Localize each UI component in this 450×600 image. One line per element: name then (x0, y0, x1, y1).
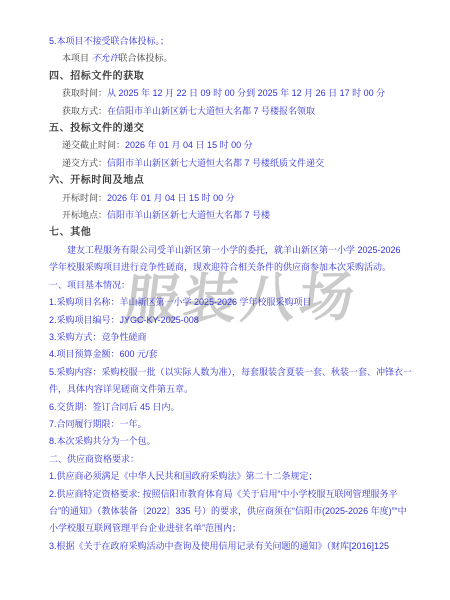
heading-section-6-bid-opening: 六、开标时间及地点 (49, 172, 412, 189)
text-segment: 从 2025 年 12 月 22 日 09 时 00 分到 2025 年 12 … (107, 88, 385, 98)
text-segment: 六、开标时间及地点 (49, 175, 144, 186)
text-segment: 5.本项目不接受联合体投标。； (49, 36, 169, 46)
document-page: 服装八场 5.本项目不接受联合体投标。；本项目 不允许联合体投标。四、招标文件的… (0, 0, 450, 600)
paragraph-project-intro: 建友工程服务有限公司受羊山新区第一小学的委托，就羊山新区第一小学 2025-20… (49, 242, 412, 277)
text-segment: 2026 年 01 月 04 日 15 时 00 分 (107, 193, 235, 203)
text-segment: 递交截止时间： (62, 140, 125, 150)
clause-consortium-not-allowed: 本项目 不允许联合体投标。 (49, 50, 412, 67)
text-segment: 2026 年 01 月 04 日 15 时 00 分 (125, 140, 253, 150)
text-segment: 2.供应商特定资格要求: 按照信阳市教育体育局《关于启用“中小学校服互联网管理服… (49, 489, 407, 534)
clause-no-consortium-note: 5.本项目不接受联合体投标。； (49, 33, 412, 50)
item-project-name: 1.采购项目名称：羊山新区第一小学 2025-2026 学年校服采购项目 (49, 294, 412, 311)
heading-section-5-bid-submission: 五、投标文件的递交 (49, 120, 412, 137)
line-opening-time: 开标时间：2026 年 01 月 04 日 15 时 00 分 (49, 190, 412, 207)
text-segment: 七、其他 (49, 227, 91, 238)
item-procurement-method: 3.采购方式：竞争性磋商 (49, 329, 412, 346)
item-delivery-period: 6.交货期：签订合同后 45 日内。 (49, 399, 412, 416)
text-segment: 7.合同履行期限：一年。 (49, 419, 147, 429)
item-qualification-1: 1.供应商必须满足《中华人民共和国政府采购法》第二十二条规定； (49, 468, 412, 485)
line-submission-method: 递交方式：信阳市羊山新区新七大道恒大名都 7 号楼纸质文件递交 (49, 155, 412, 172)
text-segment: 8.本次采购共分为一个包。 (49, 436, 156, 446)
text-segment: 5.采购内容：采购校服一批（以实际人数为准），每套服装含夏装一套、秋装一套、冲锋… (49, 367, 412, 394)
document-lines: 5.本项目不接受联合体投标。；本项目 不允许联合体投标。四、招标文件的获取获取时… (49, 33, 412, 555)
heading-supplier-qualification: 二、供应商资格要求： (49, 451, 412, 468)
text-segment: 2.采购项目编号：JYGC-KY-2025-008 (49, 315, 199, 325)
text-segment: 一、项目基本情况： (49, 280, 130, 290)
text-segment: 6.交货期：签订合同后 45 日内。 (49, 402, 180, 412)
item-qualification-2: 2.供应商特定资格要求: 按照信阳市教育体育局《关于启用“中小学校服互联网管理服… (49, 486, 412, 538)
text-segment: 二、供应商资格要求： (49, 454, 139, 464)
text-segment: 获取时间： (62, 88, 107, 98)
text-segment: 3.根据《关于在政府采购活动中查询及使用信用记录有关问题的通知》（财库[2016… (49, 541, 389, 551)
line-opening-place: 开标地点：信阳市羊山新区新七大道恒大名都 7 号楼 (49, 207, 412, 224)
line-obtain-time: 获取时间：从 2025 年 12 月 22 日 09 时 00 分到 2025 … (49, 85, 412, 102)
item-project-number: 2.采购项目编号：JYGC-KY-2025-008 (49, 312, 412, 329)
text-segment: 联合体投标。 (119, 53, 173, 63)
line-obtain-method: 获取方式：在信阳市羊山新区新七大道恒大名都 7 号楼报名领取 (49, 103, 412, 120)
text-segment: 1.采购项目名称：羊山新区第一小学 2025-2026 学年校服采购项目 (49, 297, 312, 307)
text-segment: 信阳市羊山新区新七大道恒大名都 7 号楼 (107, 210, 270, 220)
text-segment: 四、招标文件的获取 (49, 71, 144, 82)
text-segment: 建友工程服务有限公司受羊山新区第一小学的委托，就羊山新区第一小学 2025-20… (49, 245, 401, 272)
item-budget: 4.项目预算金额：600 元/套 (49, 346, 412, 363)
item-qualification-3: 3.根据《关于在政府采购活动中查询及使用信用记录有关问题的通知》（财库[2016… (49, 538, 412, 555)
heading-section-7-other: 七、其他 (49, 224, 412, 241)
line-submission-deadline: 递交截止时间：2026 年 01 月 04 日 15 时 00 分 (49, 137, 412, 154)
heading-section-4-document-obtain: 四、招标文件的获取 (49, 68, 412, 85)
text-segment: 3.采购方式：竞争性磋商 (49, 332, 147, 342)
text-segment: 1.供应商必须满足《中华人民共和国政府采购法》第二十二条规定； (49, 471, 318, 481)
text-segment: 获取方式： (62, 106, 107, 116)
item-procurement-content: 5.采购内容：采购校服一批（以实际人数为准），每套服装含夏装一套、秋装一套、冲锋… (49, 364, 412, 399)
text-segment: 4.项目预算金额：600 元/套 (49, 349, 158, 359)
item-contract-term: 7.合同履行期限：一年。 (49, 416, 412, 433)
text-segment: 本项目 (62, 53, 92, 63)
heading-project-basic-info: 一、项目基本情况： (49, 277, 412, 294)
text-segment: 五、投标文件的递交 (49, 123, 144, 134)
text-segment: 不允许 (92, 53, 119, 63)
text-segment: 开标时间： (62, 193, 107, 203)
text-segment: 递交方式： (62, 158, 107, 168)
text-segment: 信阳市羊山新区新七大道恒大名都 7 号楼纸质文件递交 (107, 158, 324, 168)
text-segment: 开标地点： (62, 210, 107, 220)
item-single-package: 8.本次采购共分为一个包。 (49, 433, 412, 450)
text-segment: 在信阳市羊山新区新七大道恒大名都 7 号楼报名领取 (107, 106, 315, 116)
